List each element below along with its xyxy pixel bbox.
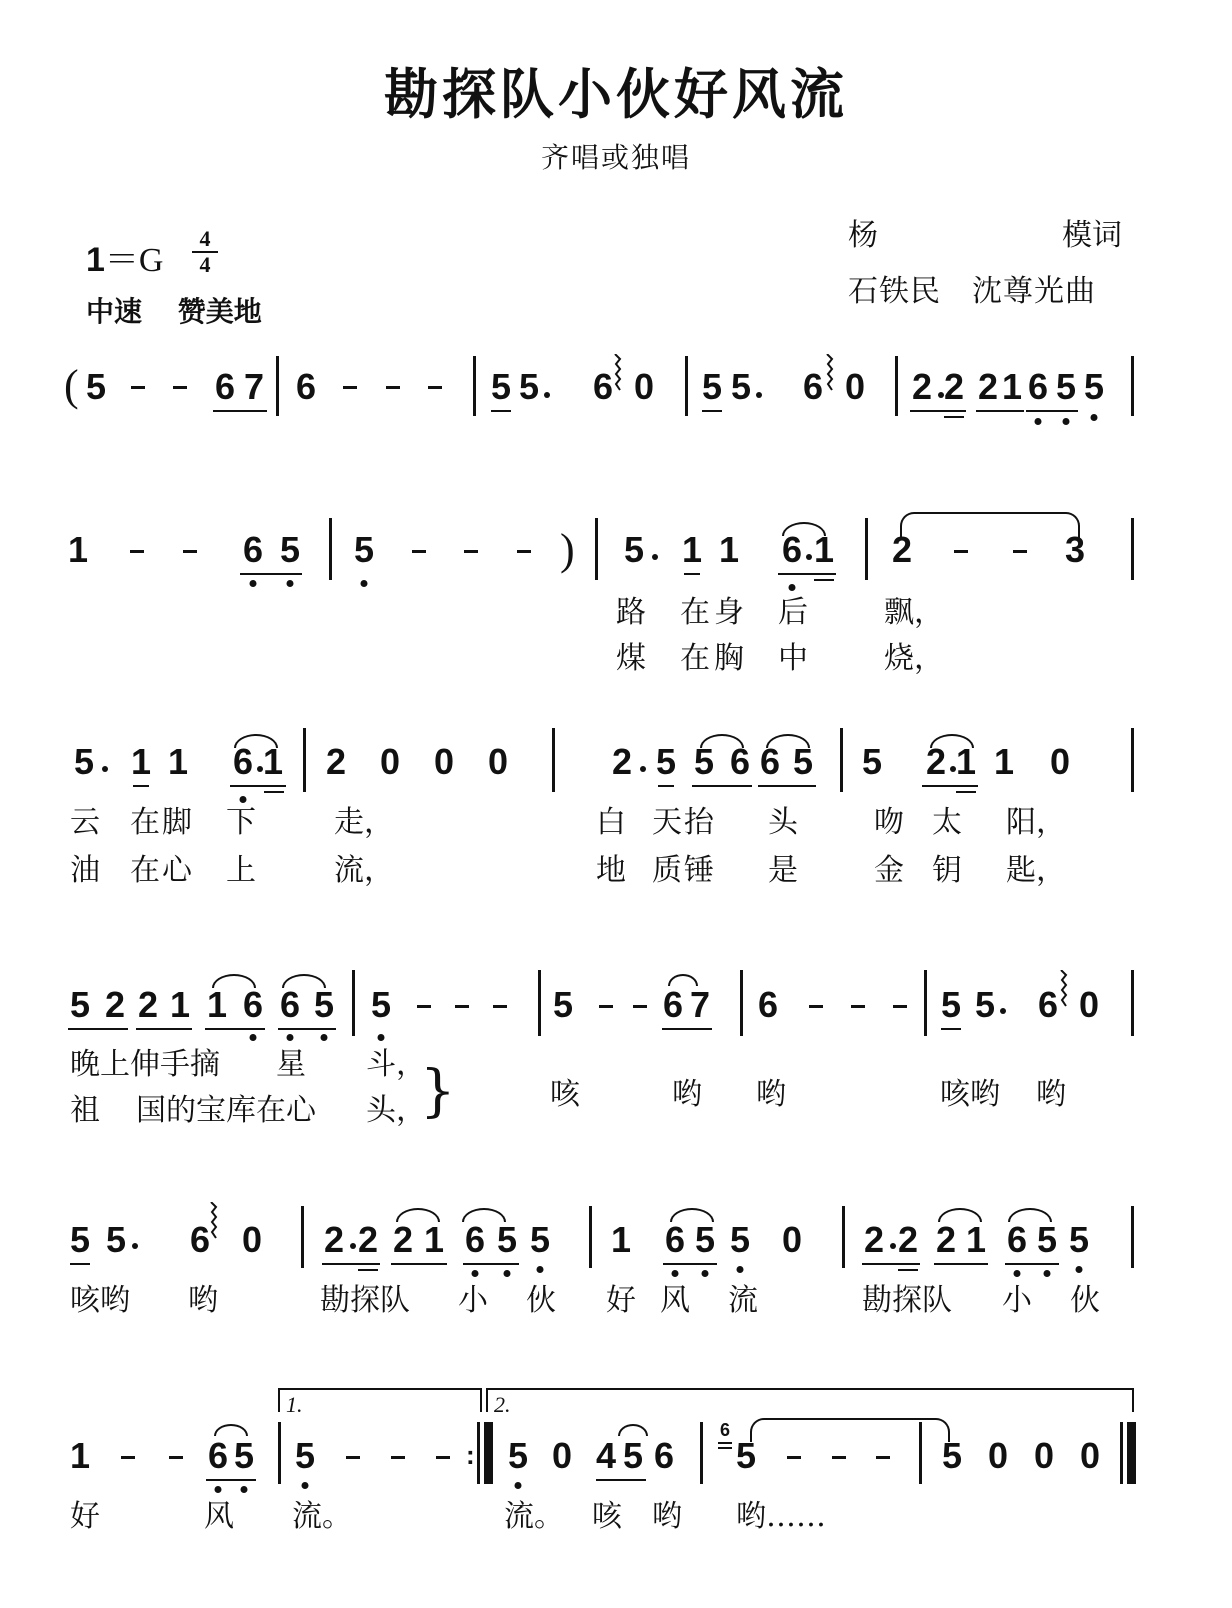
- lyric-verse2: 是: [768, 854, 798, 888]
- lyric-verse2: 国的宝库在心: [136, 1094, 316, 1128]
- glissando-icon: [210, 1202, 218, 1240]
- lyric-chorus: 咳哟: [940, 1078, 1000, 1112]
- sixteenth-underline: [944, 416, 964, 418]
- low-octave-dot: [672, 1270, 679, 1277]
- augmentation-dot: [756, 392, 762, 398]
- note: 5: [106, 1220, 126, 1260]
- extension-dash: [893, 1005, 907, 1008]
- eighth-underline: [658, 785, 674, 787]
- note: 2: [936, 1220, 956, 1260]
- note: 5: [1069, 1220, 1089, 1260]
- eighth-underline: [322, 1263, 380, 1265]
- note: 2: [898, 1220, 918, 1260]
- extension-dash: [633, 1005, 647, 1008]
- sixteenth-underline: [956, 791, 976, 793]
- low-octave-dot: [702, 1270, 709, 1277]
- note: 1: [682, 530, 702, 570]
- eighth-underline: [391, 1263, 447, 1265]
- extension-dash: [412, 550, 426, 553]
- low-octave-dot: [287, 1034, 294, 1041]
- barline: [895, 356, 898, 416]
- lyric-verse1: 在脚: [130, 806, 194, 840]
- note: 5: [730, 1220, 750, 1260]
- barline: [552, 728, 555, 792]
- lyric-verse1: 在身: [680, 596, 748, 630]
- note: 0: [488, 742, 508, 782]
- barline: [1131, 518, 1134, 580]
- lyric-verse1: 斗，: [366, 1048, 426, 1082]
- grace-underline: [718, 1442, 732, 1444]
- score-line-3: 5 1 1 6 1 2 0 0 0 2 5 5 6 6 5 5 2 1 1 0 …: [0, 720, 1232, 900]
- note: 5: [70, 985, 90, 1025]
- note: 5: [702, 367, 722, 407]
- tempo-marking: 中速 赞美地: [86, 290, 262, 330]
- key-signature: 1＝G: [86, 232, 163, 281]
- low-octave-dot: [241, 1486, 248, 1493]
- note: 1: [68, 530, 88, 570]
- low-octave-dot: [250, 1034, 257, 1041]
- extension-dash: [391, 1456, 405, 1459]
- extension-dash: [173, 386, 187, 389]
- lyric-verse2: 在心: [130, 854, 194, 888]
- note: 1: [170, 985, 190, 1025]
- note: 4: [596, 1436, 616, 1476]
- note: 6: [1028, 367, 1048, 407]
- extension-dash: [131, 386, 145, 389]
- glissando-icon: [826, 354, 834, 392]
- lyric-verse1: 头: [768, 806, 798, 840]
- barline: [865, 518, 868, 580]
- eighth-underline: [934, 1263, 988, 1265]
- lyric-verse1: 走，: [334, 806, 394, 840]
- close-parenthesis: ): [560, 528, 575, 572]
- lyric-verse1: 白: [596, 806, 626, 840]
- barline: [685, 356, 688, 416]
- note: 2: [912, 367, 932, 407]
- low-octave-dot: [378, 1034, 385, 1041]
- tie: [900, 512, 1080, 538]
- extension-dash: [386, 386, 400, 389]
- note: 2: [892, 530, 912, 570]
- lyric-verse1: 路: [616, 596, 646, 630]
- glissando-icon: [1060, 970, 1068, 1008]
- augmentation-dot: [132, 1243, 138, 1249]
- eighth-underline: [240, 573, 302, 575]
- note: 2: [926, 742, 946, 782]
- note: 2: [393, 1220, 413, 1260]
- note: 0: [845, 367, 865, 407]
- lyric-verse2: 在胸: [680, 642, 748, 676]
- eighth-underline: [213, 410, 267, 412]
- sixteenth-underline: [264, 791, 284, 793]
- barline: [700, 1422, 703, 1484]
- eighth-underline: [684, 573, 700, 575]
- eighth-underline: [1026, 410, 1078, 412]
- barline: [473, 356, 476, 416]
- note: 2: [358, 1220, 378, 1260]
- low-octave-dot: [737, 1266, 744, 1273]
- note: 1: [719, 530, 739, 570]
- lyric: 勘探队: [320, 1284, 410, 1318]
- extension-dash: [809, 1005, 823, 1008]
- note: 0: [1034, 1436, 1054, 1476]
- note: 0: [242, 1220, 262, 1260]
- note: 0: [1079, 985, 1099, 1025]
- note: 5: [519, 367, 539, 407]
- low-octave-dot: [1091, 414, 1098, 421]
- note: 5: [623, 1436, 643, 1476]
- lyric: 风: [204, 1500, 234, 1534]
- note: 5: [74, 742, 94, 782]
- low-octave-dot: [240, 796, 247, 803]
- grace-underline: [718, 1447, 732, 1449]
- repeat-barline-thin: [477, 1422, 480, 1484]
- repeat-dots: :: [466, 1440, 475, 1471]
- lyric: 伙: [526, 1284, 556, 1318]
- augmentation-dot: [544, 392, 550, 398]
- barline: [924, 970, 927, 1036]
- note: 5: [793, 742, 813, 782]
- augmentation-dot: [102, 766, 108, 772]
- augmentation-dot: [1000, 1008, 1006, 1014]
- barline: [1131, 970, 1134, 1036]
- final-barline-thick: [1127, 1422, 1136, 1484]
- first-ending-bracket: 1.: [278, 1388, 482, 1412]
- eighth-underline: [922, 785, 978, 787]
- eighth-underline: [205, 1028, 265, 1030]
- note: 6: [296, 367, 316, 407]
- lyric: 流: [728, 1284, 758, 1318]
- glissando-icon: [614, 354, 622, 392]
- eighth-underline: [136, 1028, 192, 1030]
- note: 6: [243, 530, 263, 570]
- lyric-verse2: 钥: [932, 854, 962, 888]
- barline: [276, 356, 279, 416]
- eighth-underline: [133, 785, 149, 787]
- barline: [595, 518, 598, 580]
- lyric-verse2: 油: [70, 854, 100, 888]
- note: 0: [380, 742, 400, 782]
- note: 5: [280, 530, 300, 570]
- sixteenth-underline: [814, 579, 834, 581]
- eighth-underline: [692, 785, 752, 787]
- barline: [352, 970, 355, 1036]
- note: 5: [656, 742, 676, 782]
- time-signature-bottom: 4: [192, 254, 218, 276]
- note: 6: [465, 1220, 485, 1260]
- note: 0: [434, 742, 454, 782]
- sixteenth-underline: [898, 1269, 918, 1271]
- lyric-verse1: 吻: [874, 806, 904, 840]
- time-signature-top: 4: [192, 228, 218, 250]
- note: 5: [530, 1220, 550, 1260]
- note: 6: [280, 985, 300, 1025]
- note: 1: [207, 985, 227, 1025]
- lyric: 哟: [188, 1284, 218, 1318]
- key-name: ＝G: [105, 242, 164, 279]
- note: 1: [956, 742, 976, 782]
- lyric-chorus: 哟: [1036, 1078, 1066, 1112]
- note: 6: [593, 367, 613, 407]
- extension-dash: [1013, 550, 1027, 553]
- lyric: 咳: [592, 1500, 622, 1534]
- eighth-underline: [68, 1028, 128, 1030]
- lyricist-credit: 模词: [1062, 210, 1122, 254]
- lyric: 勘探队: [862, 1284, 952, 1318]
- barline: [919, 1422, 922, 1484]
- note: 5: [234, 1436, 254, 1476]
- note: 5: [942, 1436, 962, 1476]
- note: 5: [694, 742, 714, 782]
- note: 5: [695, 1220, 715, 1260]
- note: 5: [508, 1436, 528, 1476]
- note: 6: [758, 985, 778, 1025]
- extension-dash: [183, 550, 197, 553]
- lyric-verse1: 天抬: [652, 806, 716, 840]
- lyric-verse2: 中: [778, 642, 808, 676]
- note: 5: [86, 367, 106, 407]
- note: 2: [326, 742, 346, 782]
- eighth-underline: [70, 1263, 90, 1265]
- lyric-verse1: 后: [778, 596, 808, 630]
- barline: [840, 728, 843, 792]
- note: 1: [424, 1220, 444, 1260]
- extension-dash: [464, 550, 478, 553]
- note: 6: [190, 1220, 210, 1260]
- augmentation-dot: [350, 1243, 356, 1249]
- note: 5: [975, 985, 995, 1025]
- note: 2: [612, 742, 632, 782]
- note: 6: [215, 367, 235, 407]
- barline: [842, 1206, 845, 1268]
- note: 0: [1050, 742, 1070, 782]
- second-ending-bracket: 2.: [486, 1388, 1134, 1412]
- eighth-underline: [491, 410, 511, 412]
- extension-dash: [436, 1456, 450, 1459]
- note: 1: [263, 742, 283, 782]
- note: 5: [731, 367, 751, 407]
- extension-dash: [517, 550, 531, 553]
- eighth-underline: [758, 785, 816, 787]
- note: 6: [760, 742, 780, 782]
- note: 5: [624, 530, 644, 570]
- barline: [1131, 356, 1134, 416]
- augmentation-dot: [806, 554, 812, 560]
- lyric-verse1: 晚上伸手摘: [70, 1048, 220, 1082]
- extension-dash: [455, 1005, 469, 1008]
- lyric-verse1: 飘，: [884, 596, 944, 630]
- note: 5: [70, 1220, 90, 1260]
- eighth-underline: [702, 410, 722, 412]
- low-octave-dot: [1076, 1266, 1083, 1273]
- eighth-underline: [976, 410, 1024, 412]
- first-ending-label: 1.: [286, 1392, 303, 1418]
- note: 2: [944, 367, 964, 407]
- barline: [301, 1206, 304, 1268]
- lyric: 哟……: [736, 1500, 826, 1534]
- barline: [329, 518, 332, 580]
- lyric: 哟: [652, 1500, 682, 1534]
- lyric-verse1: 云: [70, 806, 100, 840]
- eighth-underline: [662, 1028, 712, 1030]
- note: 0: [782, 1220, 802, 1260]
- note: 2: [864, 1220, 884, 1260]
- score-line-2: 1 6 5 5 ) 5 1 1 6 1 2 3 路 在身 后 飘， 煤 在胸 中…: [0, 510, 1232, 690]
- low-octave-dot: [1014, 1270, 1021, 1277]
- grace-note: 6: [720, 1420, 730, 1441]
- repeat-barline-thick: [484, 1422, 493, 1484]
- sixteenth-underline: [358, 1269, 378, 1271]
- score-line-5: 5 5 6 0 2 2 2 1 6 5 5 1 6 5 5 0 2 2 2 1 …: [0, 1200, 1232, 1340]
- lyric-verse1: 下: [226, 806, 256, 840]
- lyric-verse2: 祖: [70, 1094, 100, 1128]
- note: 5: [295, 1436, 315, 1476]
- note: 2: [138, 985, 158, 1025]
- note: 0: [988, 1436, 1008, 1476]
- score-line-4: 5 2 2 1 1 6 6 5 5 5 6 7 6 5 5 6 0 晚上伸手摘 …: [0, 960, 1232, 1140]
- final-barline-thin: [1120, 1422, 1123, 1484]
- note: 1: [966, 1220, 986, 1260]
- lyric-verse1: 太: [932, 806, 962, 840]
- note: 6: [665, 1220, 685, 1260]
- barline: [740, 970, 743, 1036]
- note: 6: [1038, 985, 1058, 1025]
- time-signature: 4 4: [192, 228, 218, 276]
- note: 1: [994, 742, 1014, 782]
- eighth-underline: [278, 1028, 336, 1030]
- lyric-verse1: 星: [276, 1048, 306, 1082]
- note: 5: [371, 985, 391, 1025]
- note: 6: [654, 1436, 674, 1476]
- extension-dash: [417, 1005, 431, 1008]
- lyric: 好: [70, 1500, 100, 1534]
- note: 2: [105, 985, 125, 1025]
- note: 1: [70, 1436, 90, 1476]
- lyric: 好: [606, 1284, 636, 1318]
- open-parenthesis: (: [64, 364, 79, 408]
- low-octave-dot: [321, 1034, 328, 1041]
- barline: [1131, 728, 1134, 792]
- eighth-underline: [206, 1479, 256, 1481]
- low-octave-dot: [302, 1482, 309, 1489]
- note: 5: [553, 985, 573, 1025]
- extension-dash: [832, 1456, 846, 1459]
- extension-dash: [954, 550, 968, 553]
- note: 2: [324, 1220, 344, 1260]
- lyric-verse2: 地: [596, 854, 626, 888]
- lyric: 咳哟: [70, 1284, 130, 1318]
- lyric-verse1: 阳，: [1006, 806, 1066, 840]
- eighth-underline: [941, 1028, 961, 1030]
- note: 0: [552, 1436, 572, 1476]
- note: 6: [233, 742, 253, 782]
- note: 6: [782, 530, 802, 570]
- extension-dash: [493, 1005, 507, 1008]
- extension-dash: [428, 386, 442, 389]
- eighth-underline: [596, 1479, 646, 1481]
- lyric-chorus: 哟: [672, 1078, 702, 1112]
- eighth-underline: [663, 1263, 717, 1265]
- note: 7: [690, 985, 710, 1025]
- low-octave-dot: [215, 1486, 222, 1493]
- note: 1: [131, 742, 151, 782]
- note: 1: [168, 742, 188, 782]
- note: 5: [1037, 1220, 1057, 1260]
- lyric-verse2: 头，: [366, 1094, 426, 1128]
- low-octave-dot: [515, 1482, 522, 1489]
- note: 5: [862, 742, 882, 782]
- lyric-verse2: 匙，: [1006, 854, 1066, 888]
- note: 6: [1007, 1220, 1027, 1260]
- eighth-underline: [230, 785, 286, 787]
- eighth-underline: [862, 1263, 920, 1265]
- low-octave-dot: [504, 1270, 511, 1277]
- lyric-verse2: 烧，: [884, 642, 944, 676]
- note: 1: [611, 1220, 631, 1260]
- low-octave-dot: [537, 1266, 544, 1273]
- low-octave-dot: [1044, 1270, 1051, 1277]
- note: 5: [314, 985, 334, 1025]
- note: 5: [354, 530, 374, 570]
- extension-dash: [876, 1456, 890, 1459]
- verse-brace: }: [420, 1064, 456, 1120]
- note: 0: [634, 367, 654, 407]
- extension-dash: [130, 550, 144, 553]
- performance-form: 齐唱或独唱: [0, 136, 1232, 176]
- low-octave-dot: [472, 1270, 479, 1277]
- low-octave-dot: [789, 584, 796, 591]
- note: 6: [730, 742, 750, 782]
- low-octave-dot: [287, 580, 294, 587]
- lyric-chorus: 哟: [756, 1078, 786, 1112]
- lyric: 伙: [1070, 1284, 1100, 1318]
- lyric-verse2: 上: [226, 854, 256, 888]
- composer-credit: 石铁民 沈尊光曲: [848, 266, 1096, 310]
- augmentation-dot: [652, 554, 658, 560]
- lyric-verse2: 质锤: [652, 854, 716, 888]
- lyric-verse2: 流，: [334, 854, 394, 888]
- extension-dash: [169, 1456, 183, 1459]
- barline: [1131, 1206, 1134, 1268]
- barline: [278, 1422, 281, 1484]
- note: 6: [243, 985, 263, 1025]
- lyric: 流。: [504, 1500, 564, 1534]
- extension-dash: [346, 1456, 360, 1459]
- eighth-underline: [463, 1263, 519, 1265]
- extension-dash: [851, 1005, 865, 1008]
- note: 3: [1065, 530, 1085, 570]
- low-octave-dot: [1063, 418, 1070, 425]
- extension-dash: [787, 1456, 801, 1459]
- note: 1: [1002, 367, 1022, 407]
- barline: [589, 1206, 592, 1268]
- extension-dash: [343, 386, 357, 389]
- lyric: 流。: [292, 1500, 352, 1534]
- note: 5: [497, 1220, 517, 1260]
- lyric: 风: [660, 1284, 690, 1318]
- low-octave-dot: [1035, 418, 1042, 425]
- lyric: 小: [1002, 1284, 1032, 1318]
- score-line-6: 1. 2. 1 6 5 5 : 5 0 4 5 6 6 5 5 0 0 0 好 …: [0, 1380, 1232, 1560]
- second-ending-label: 2.: [494, 1392, 511, 1418]
- lyric-chorus: 咳: [550, 1078, 580, 1112]
- note: 6: [663, 985, 683, 1025]
- lyric-verse2: 煤: [616, 642, 646, 676]
- note: 5: [1056, 367, 1076, 407]
- note: 5: [941, 985, 961, 1025]
- note: 5: [491, 367, 511, 407]
- note: 6: [803, 367, 823, 407]
